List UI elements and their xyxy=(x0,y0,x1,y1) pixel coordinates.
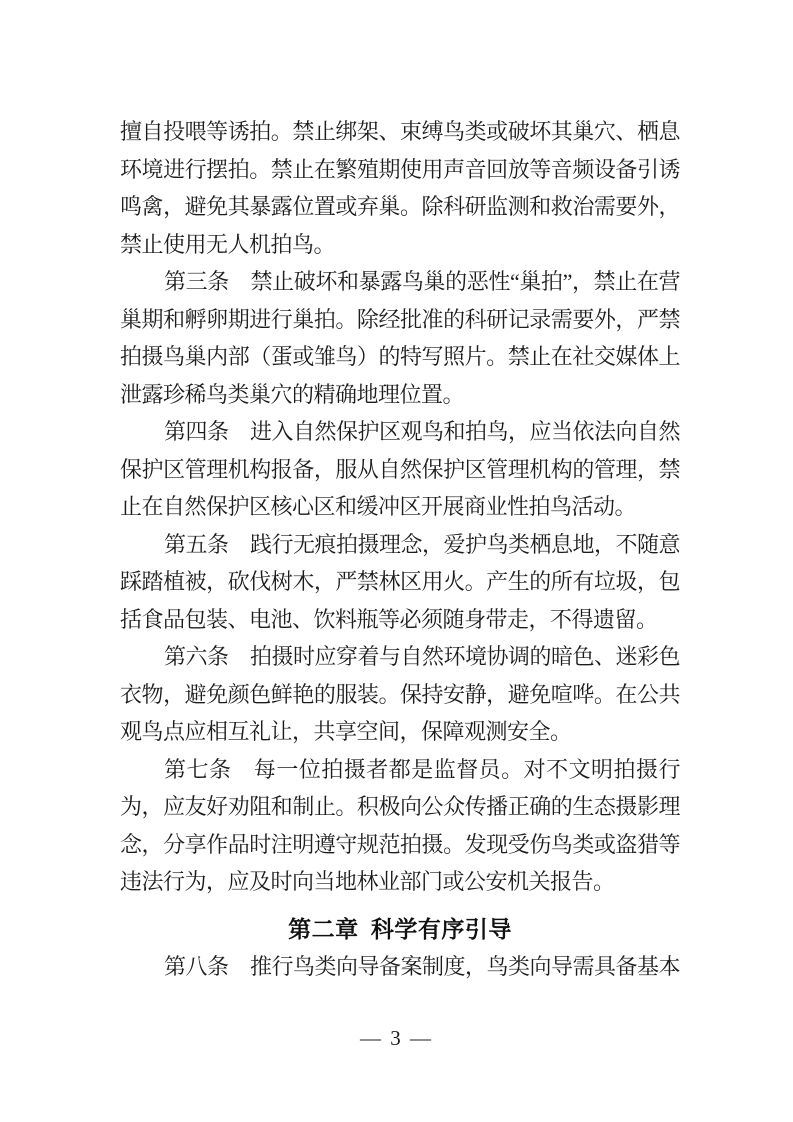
paragraph-article-5: 第五条 践行无痕拍摄理念，爱护鸟类栖息地，不随意踩踏植被，砍伐树木，严禁林区用火… xyxy=(120,526,680,639)
document-page: 擅自投喂等诱拍。禁止绑架、束缚鸟类或破坏其巢穴、栖息环境进行摆拍。禁止在繁殖期使… xyxy=(0,0,793,1122)
paragraph-article-6: 第六条 拍摄时应穿着与自然环境协调的暗色、迷彩色衣物，避免颜色鲜艳的服装。保持安… xyxy=(120,638,680,751)
paragraph-article-8: 第八条 推行鸟类向导备案制度，鸟类向导需具备基本 xyxy=(120,948,680,986)
paragraph-article-3: 第三条 禁止破坏和暴露鸟巢的恶性“巢拍”，禁止在营巢期和孵卵期进行巢拍。除经批准… xyxy=(120,263,680,413)
paragraph-continuation: 擅自投喂等诱拍。禁止绑架、束缚鸟类或破坏其巢穴、栖息环境进行摆拍。禁止在繁殖期使… xyxy=(120,113,680,263)
page-number: — 3 — xyxy=(0,1026,793,1051)
chapter-heading: 第二章 科学有序引导 xyxy=(120,911,680,949)
paragraph-article-4: 第四条 进入自然保护区观鸟和拍鸟，应当依法向自然保护区管理机构报备，服从自然保护… xyxy=(120,413,680,526)
paragraph-article-7: 第七条 每一位拍摄者都是监督员。对不文明拍摄行为，应友好劝阻和制止。积极向公众传… xyxy=(120,751,680,901)
text-block: 擅自投喂等诱拍。禁止绑架、束缚鸟类或破坏其巢穴、栖息环境进行摆拍。禁止在繁殖期使… xyxy=(120,113,680,986)
